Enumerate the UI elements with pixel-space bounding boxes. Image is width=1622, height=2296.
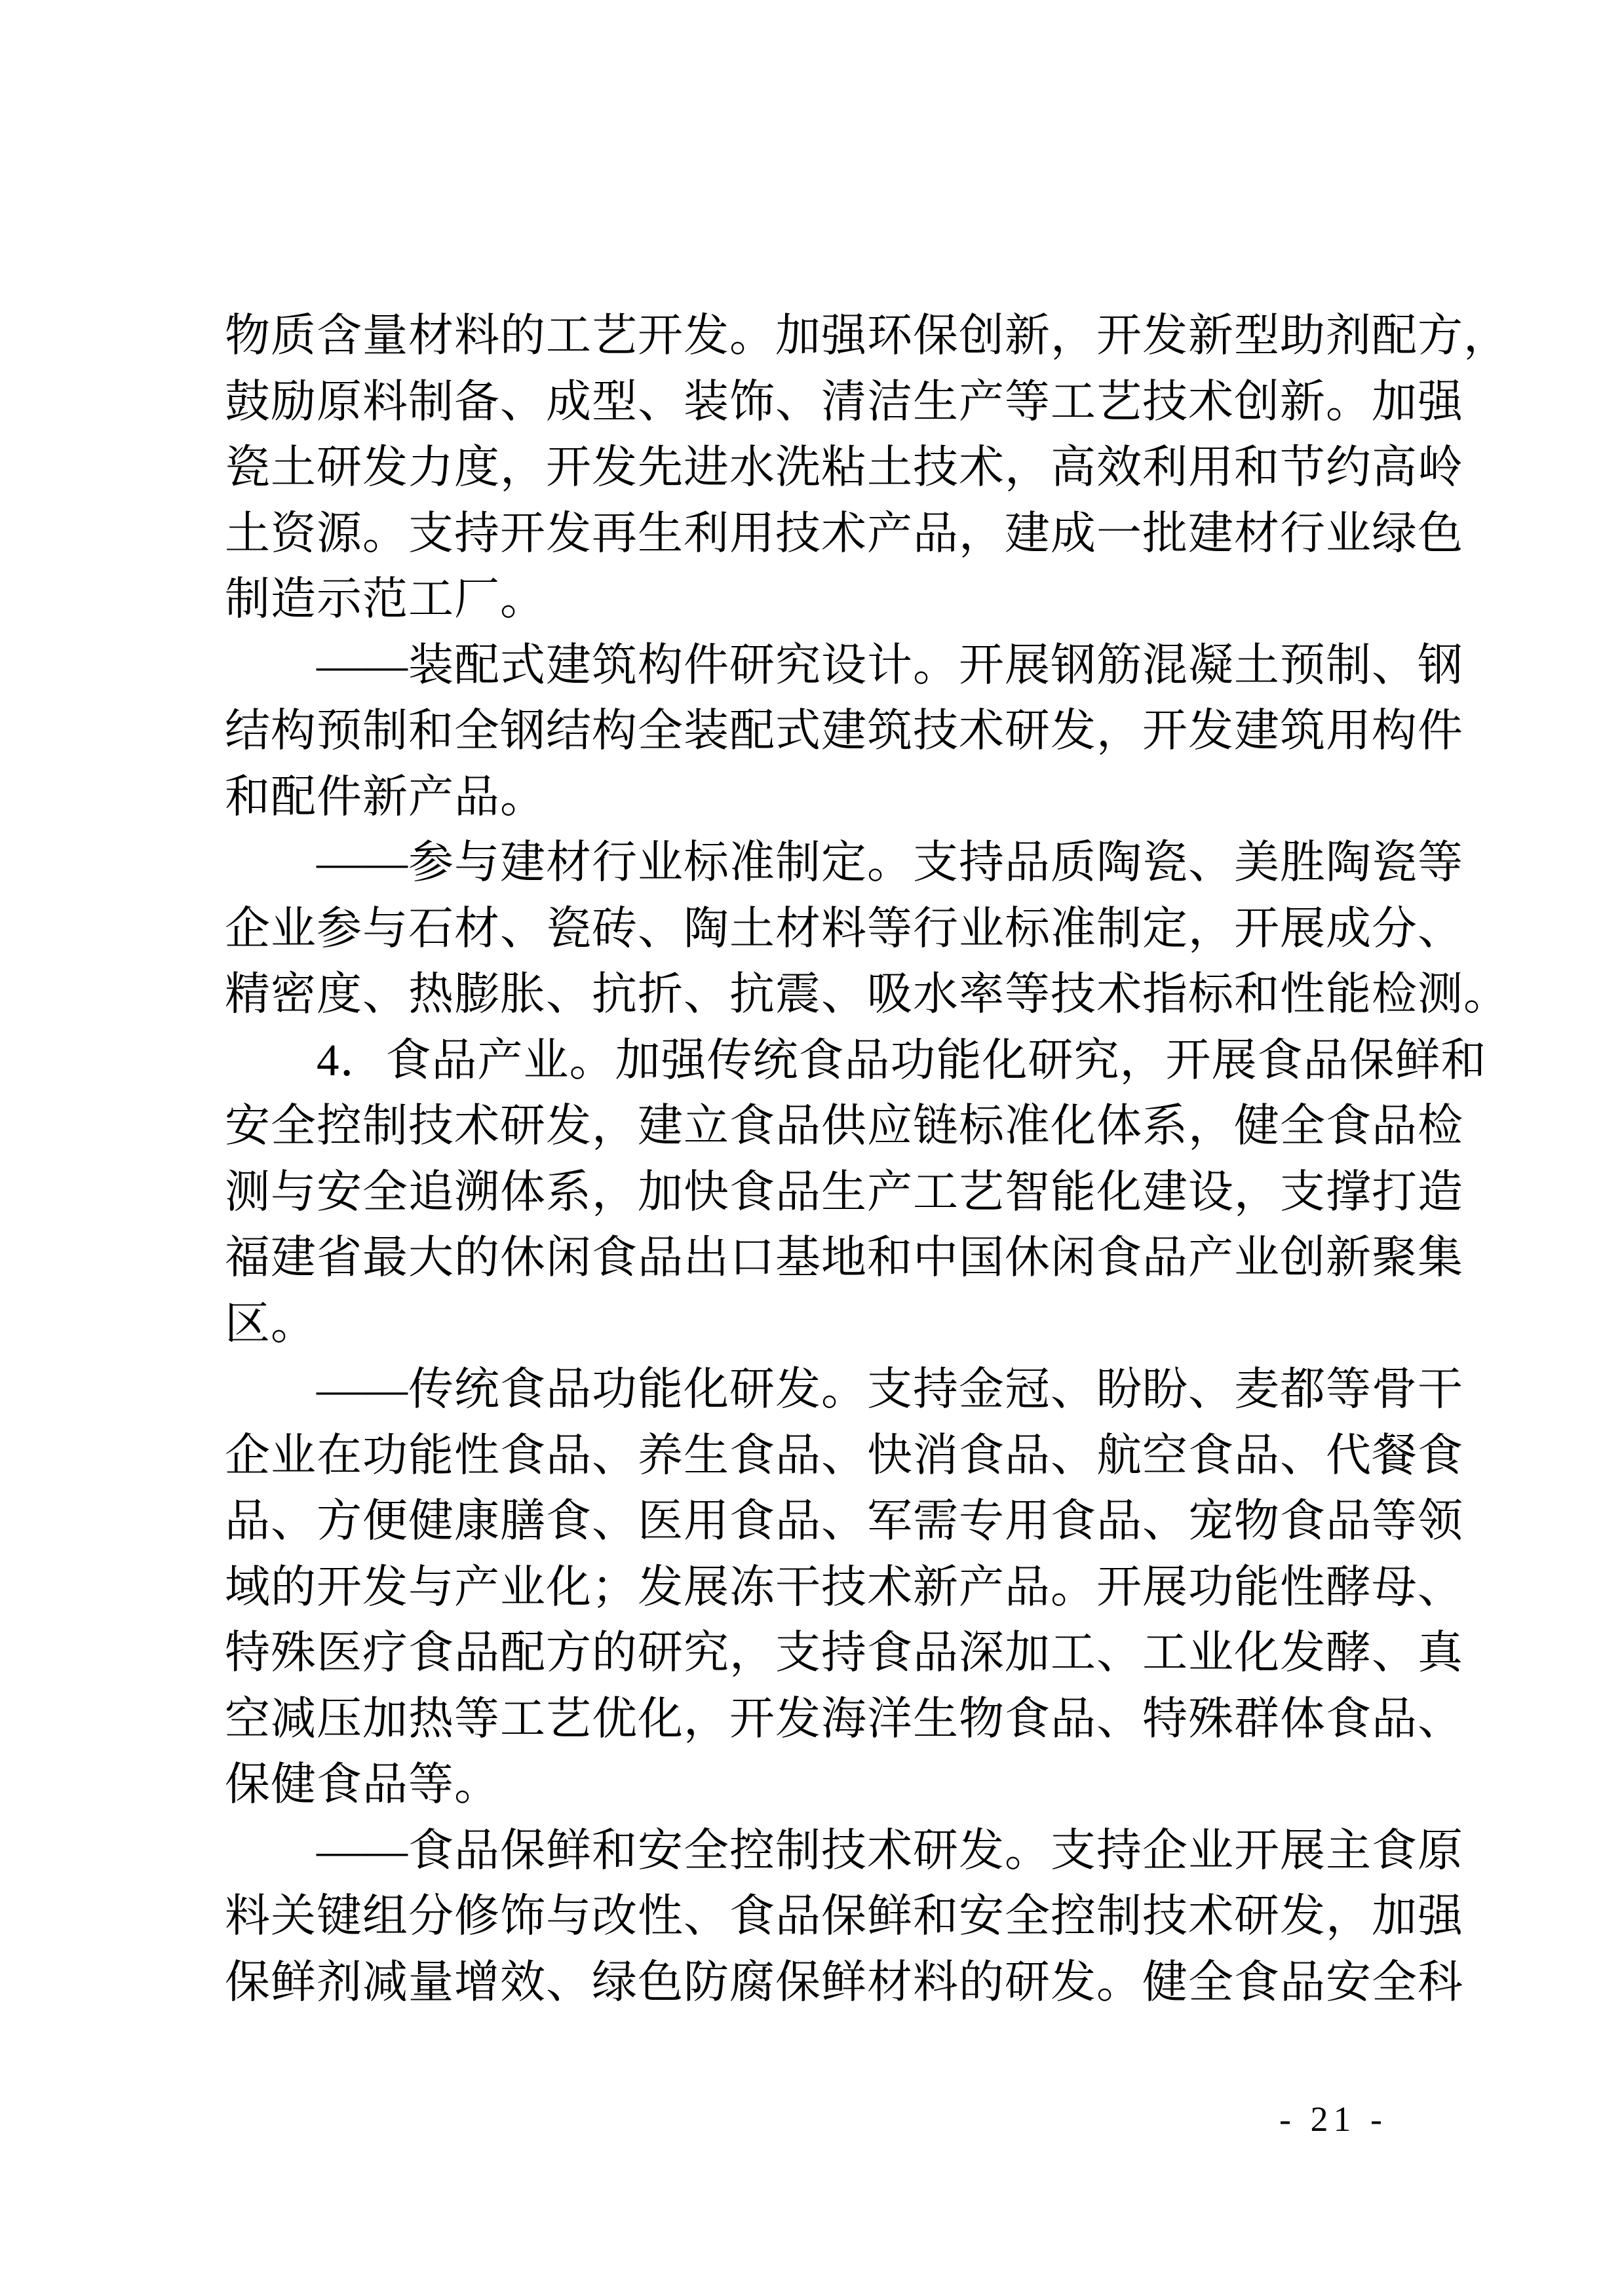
document-page: 物质含量材料的工艺开发。加强环保创新，开发新型助剂配方， 鼓励原料制备、成型、装… — [0, 0, 1622, 2296]
text-line: ——食品保鲜和安全控制技术研发。支持企业开展主食原 — [225, 1818, 1470, 1884]
document-body: 物质含量材料的工艺开发。加强环保创新，开发新型助剂配方， 鼓励原料制备、成型、装… — [225, 303, 1470, 2015]
text-line: 结构预制和全钢结构全装配式建筑技术研发，开发建筑用构件 — [225, 698, 1470, 764]
text-line: 精密度、热膨胀、抗折、抗震、吸水率等技术指标和性能检测。 — [225, 961, 1470, 1027]
text-line: 制造示范工厂。 — [225, 566, 1470, 632]
text-line: 特殊医疗食品配方的研究，支持食品深加工、工业化发酵、真 — [225, 1620, 1470, 1686]
text-line: 企业在功能性食品、养生食品、快消食品、航空食品、代餐食 — [225, 1423, 1470, 1489]
text-line: ——装配式建筑构件研究设计。开展钢筋混凝土预制、钢 — [225, 632, 1470, 698]
text-line: 和配件新产品。 — [225, 764, 1470, 830]
text-line: 福建省最大的休闲食品出口基地和中国休闲食品产业创新聚集 — [225, 1225, 1470, 1291]
text-line: 品、方便健康膳食、医用食品、军需专用食品、宠物食品等领 — [225, 1488, 1470, 1554]
text-line: 区。 — [225, 1291, 1470, 1357]
text-line: 4．食品产业。加强传统食品功能化研究，开展食品保鲜和 — [225, 1027, 1470, 1094]
text-line: 域的开发与产业化；发展冻干技术新产品。开展功能性酵母、 — [225, 1554, 1470, 1620]
text-line: 料关键组分修饰与改性、食品保鲜和安全控制技术研发，加强 — [225, 1883, 1470, 1949]
text-line: 鼓励原料制备、成型、装饰、清洁生产等工艺技术创新。加强 — [225, 369, 1470, 435]
text-line: 企业参与石材、瓷砖、陶土材料等行业标准制定，开展成分、 — [225, 896, 1470, 962]
text-line: 土资源。支持开发再生利用技术产品，建成一批建材行业绿色 — [225, 501, 1470, 567]
text-line: ——参与建材行业标准制定。支持品质陶瓷、美胜陶瓷等 — [225, 830, 1470, 896]
text-line: 安全控制技术研发，建立食品供应链标准化体系，健全食品检 — [225, 1093, 1470, 1159]
text-line: 瓷土研发力度，开发先进水洗粘土技术，高效利用和节约高岭 — [225, 434, 1470, 501]
text-line: 物质含量材料的工艺开发。加强环保创新，开发新型助剂配方， — [225, 303, 1470, 369]
page-number: - 21 - — [1279, 2098, 1387, 2140]
text-line: 保健食品等。 — [225, 1751, 1470, 1818]
text-line: ——传统食品功能化研发。支持金冠、盼盼、麦都等骨干 — [225, 1356, 1470, 1423]
text-line: 测与安全追溯体系，加快食品生产工艺智能化建设，支撑打造 — [225, 1159, 1470, 1225]
text-line: 保鲜剂减量增效、绿色防腐保鲜材料的研发。健全食品安全科 — [225, 1949, 1470, 2016]
text-line: 空减压加热等工艺优化，开发海洋生物食品、特殊群体食品、 — [225, 1686, 1470, 1752]
